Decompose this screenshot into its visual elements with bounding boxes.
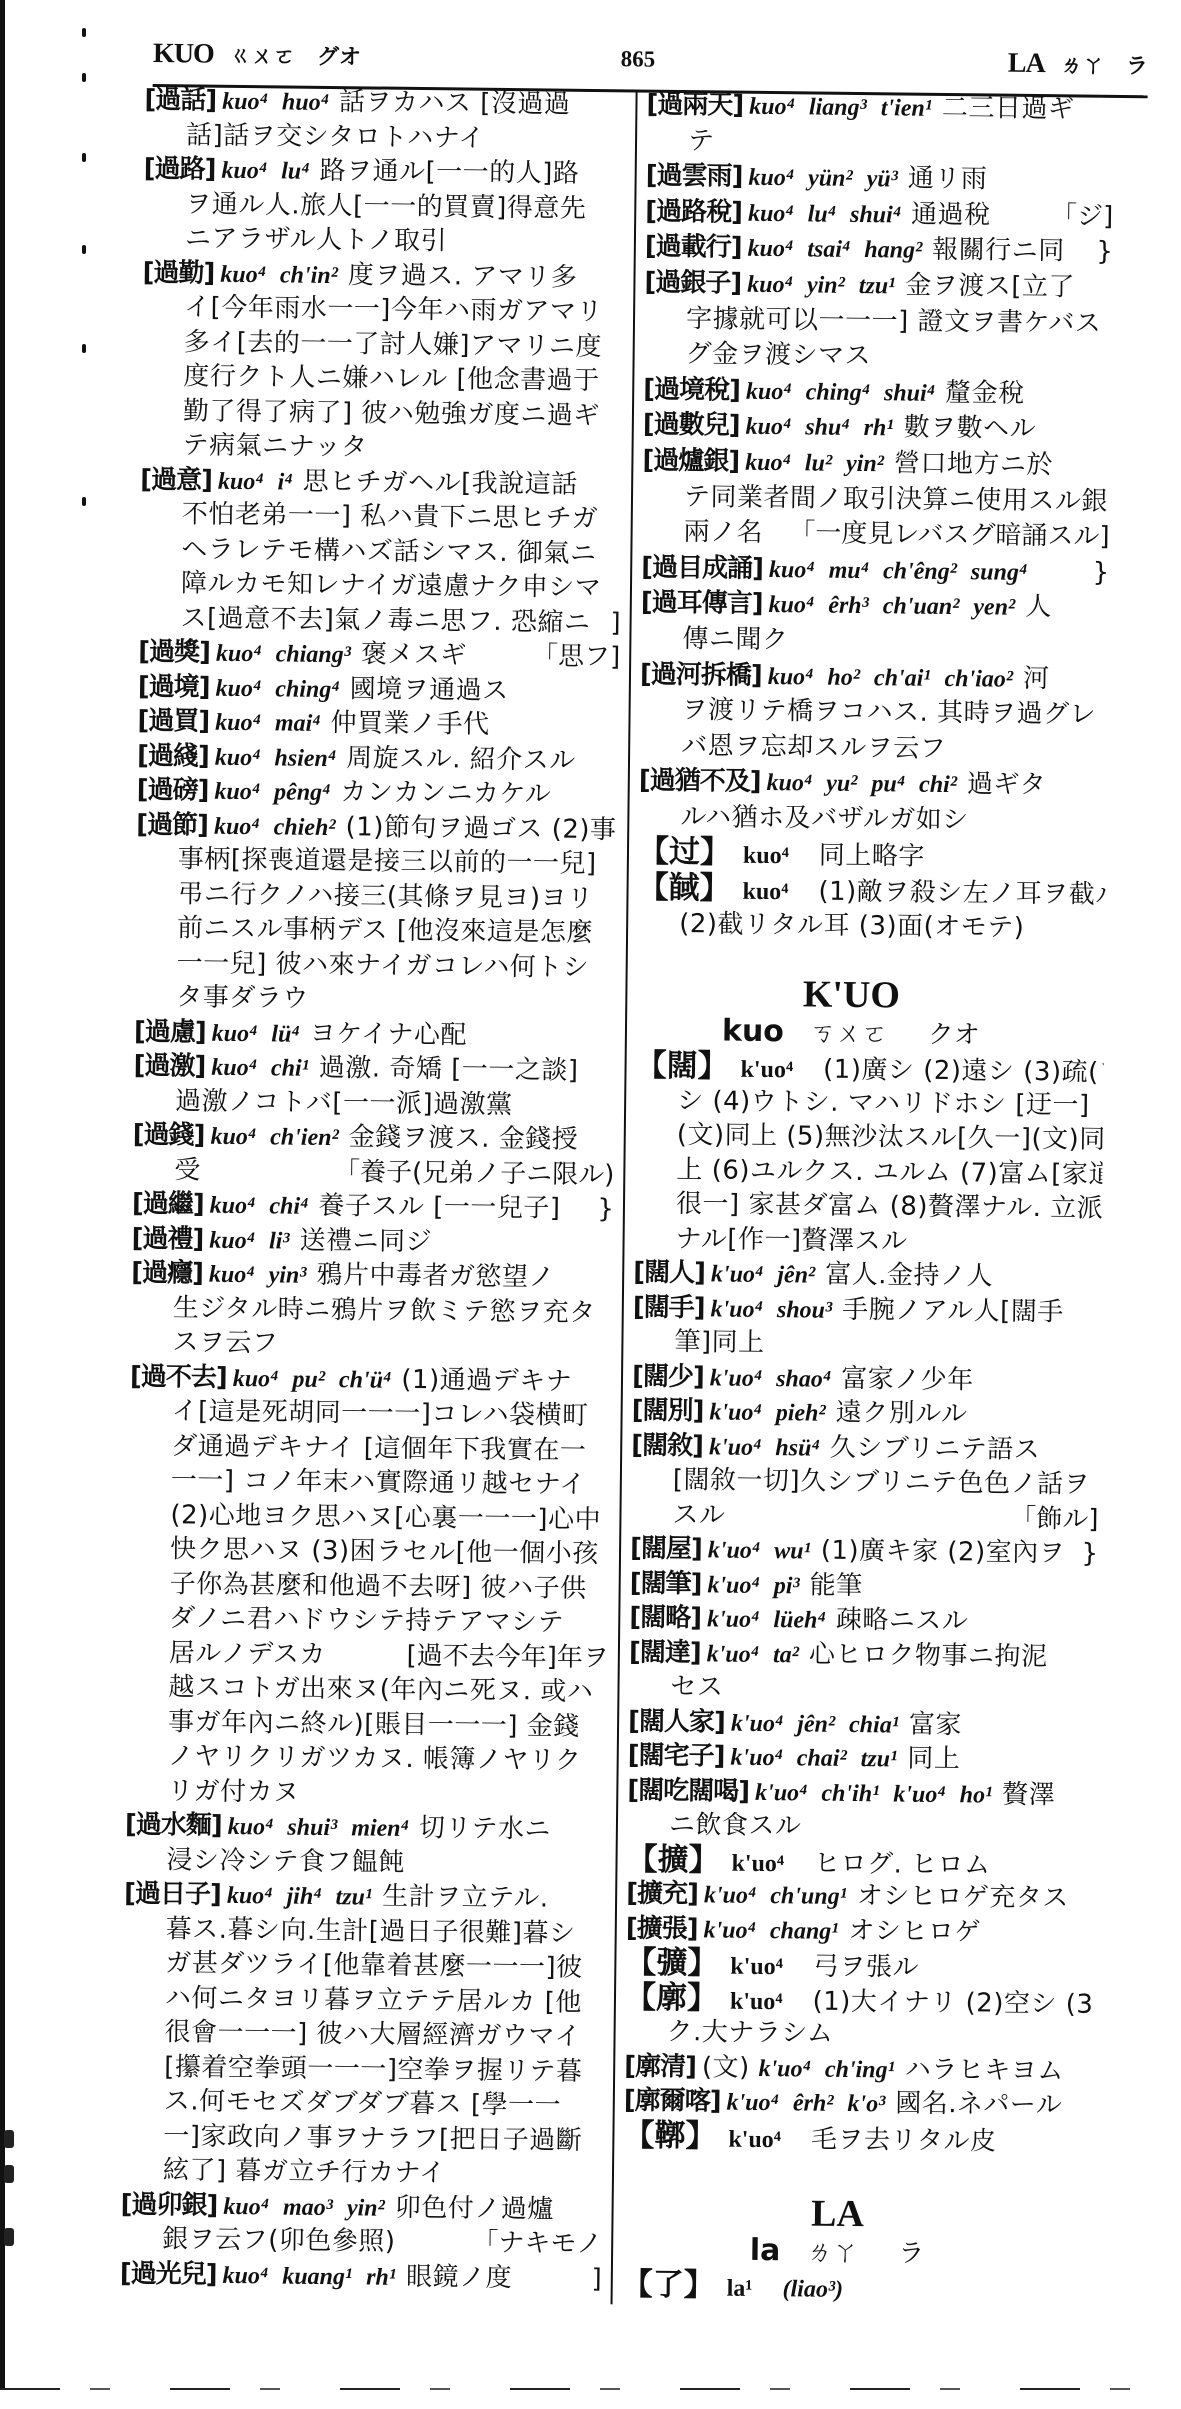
entry-line: [過爐銀]kuo⁴ lu² yin²營口地方ニ於 <box>642 443 1110 484</box>
definition-text: 卯色付ノ過爐 <box>395 2192 554 2224</box>
definition-text: 度ヲ過ス. アマリ多 <box>348 260 578 293</box>
compound-headword: [闊別] <box>631 1395 703 1426</box>
romanization: k'uo⁴ lüeh⁴ <box>707 1606 826 1633</box>
overflow-note: } <box>1092 555 1109 591</box>
romanization: kuo⁴ chiang³ <box>216 641 351 669</box>
romanization: kuo⁴ shui³ mien⁴ <box>228 1814 410 1842</box>
definition-text: ク.大ナラシム <box>666 2017 833 2049</box>
entry-line: [闊別]k'uo⁴ pieh²遠ク別ルル <box>631 1393 1099 1433</box>
overflow-note: ] <box>591 2262 602 2297</box>
continuation-line: 事柄[探喪道還是接三以前的一一兒] <box>136 842 618 882</box>
definition-text: 生ジタル時ニ鴉片ヲ飲ミテ慾ヲ充タ <box>173 1293 596 1328</box>
definition-text: (2)心地ヨク思ハヌ[心裏一一一]心中 <box>170 1500 601 1535</box>
romanization: k'uo⁴ wu¹ <box>708 1537 811 1564</box>
continuation-line: ヲ渡リテ橋ヲコハス. 其時ヲ過グレ <box>639 693 1107 734</box>
entry-line: [過猶不及]kuo⁴ yu² pu⁴ chi²過ギタ <box>639 764 1107 805</box>
definition-text: イ[這是死胡同一一一]コレハ袋横町 <box>171 1396 588 1431</box>
overflow-note: 「ナキモノ <box>472 2226 602 2262</box>
definition-text: 通リ雨 <box>908 164 988 195</box>
compound-headword: [闊敘] <box>631 1430 703 1461</box>
definition-text: ニアラザル人トノ取引 <box>185 223 447 256</box>
continuation-line: 越スコトガ出來ヌ(年內ニ死ヌ. 或ハ <box>126 1670 608 1710</box>
running-head-romanization: LA <box>1008 48 1045 79</box>
bopomofo: ㄌㄚ <box>806 2238 858 2269</box>
definition-text: オシヒロゲ充タス <box>857 1881 1069 1913</box>
romanization: kuo⁴ tsai⁴ hang² <box>747 236 922 264</box>
definition-text: カンカンニカケル <box>340 777 551 809</box>
entry-line: [過境稅]kuo⁴ ching⁴ shui⁴釐金稅 <box>643 372 1111 413</box>
continuation-line: 事ガ年內ニ終ル)[賬目一一一] 金錢 <box>126 1704 608 1744</box>
definition-text: グ金ヲ渡シマス <box>685 339 871 371</box>
entry-line: 【鞹】k'uo⁴毛ヲ去リタル皮 <box>623 2118 1091 2158</box>
character-romanization: k'uo⁴ <box>730 1988 783 2015</box>
entry-line: [闊少]k'uo⁴ shao⁴富家ノ少年 <box>632 1359 1100 1399</box>
definition-text: [闊敘一切]久シブリニテ色色ノ話ヲ <box>673 1465 1091 1500</box>
continuation-line: [過不去今年]年ヲ居ルノデスカ <box>127 1635 609 1675</box>
definition-text: ダノニ君ハドウシテ持テアマシテ <box>169 1603 564 1637</box>
romanization: k'uo⁴ êrh² k'o³ <box>726 2090 885 2118</box>
section-title-text: K'UO <box>803 974 901 1017</box>
romanization: kuo⁴ ch'ien² <box>210 1124 339 1151</box>
compound-headword: [廓爾喀] <box>624 2085 721 2116</box>
definition-text: テ病氣ニナッタ <box>182 430 367 462</box>
compound-headword: [闊吃闊喝] <box>627 1775 749 1806</box>
definition-text: 絃了] 暮ガ立チ行カナイ <box>163 2155 446 2188</box>
continuation-line: 「飾ル]スル <box>630 1497 1098 1537</box>
continuation-line: [攥着空拳頭一一一]空拳ヲ握リテ暮 <box>122 2049 604 2089</box>
definition-text: ハラヒキヨム <box>905 2054 1064 2086</box>
overflow-note: 「飾ル] <box>1010 1501 1099 1536</box>
definition-text: 銀ヲ云フ(卯色參照) <box>162 2224 396 2257</box>
definition-text: 前ニスル事柄デス [他沒來這是怎麼 <box>177 913 593 948</box>
entry-line: [過境]kuo⁴ ching⁴國境ヲ通過ス <box>138 669 620 709</box>
definition-text: ヨケイナ心配 <box>310 1018 468 1050</box>
romanization: k'uo⁴ chang¹ <box>703 1917 838 1945</box>
compound-headword: [闊少] <box>632 1361 704 1392</box>
definition-text: (1)廣キ家 (2)室內ヲ <box>821 1536 1066 1569</box>
continuation-line: グ金ヲ渡シマス <box>643 337 1111 378</box>
romanization: kuo⁴ ching⁴ shui⁴ <box>746 378 935 406</box>
page-number: 865 <box>608 44 668 75</box>
entry-line: 「思フ][過獎]kuo⁴ chiang³褒メスギ <box>138 635 620 675</box>
entry-line: [過綫]kuo⁴ hsien⁴周旋スル. 紹介スル <box>137 738 619 778</box>
compound-headword: [闊人] <box>633 1257 705 1288</box>
romanization: kuo⁴ mai⁴ <box>215 710 321 737</box>
compound-headword: [過勤] <box>142 257 214 288</box>
definition-text: テ <box>688 126 715 156</box>
definition-text: 報關行ニ同 <box>932 235 1065 267</box>
continuation-line: ニアラザル人トノ取引 <box>143 221 625 261</box>
romanization: kuo⁴ mu⁴ ch'êng² sung⁴ <box>769 557 1028 586</box>
running-head-kana: ラ <box>1126 54 1148 79</box>
compound-headword: [過激] <box>133 1051 205 1082</box>
definition-text: ルハ猶ホ及バザルガ如シ <box>680 802 969 835</box>
romanization: kuo⁴ lu⁴ shui⁴ <box>748 201 901 229</box>
definition-text: イ[今年雨水一一]今年ハ雨ガアマリ <box>184 292 603 327</box>
running-head-right: LA ㄌㄚ ラ <box>1008 49 1148 81</box>
definition-text: 數ヲ數ヘル <box>903 413 1036 445</box>
running-head-romanization: KUO <box>153 38 214 70</box>
continuation-line: イ[這是死胡同一一一]コレハ袋横町 <box>129 1394 611 1434</box>
entry-line: [過節]kuo⁴ chieh²(1)節句ヲ過ゴス (2)事. <box>136 807 618 847</box>
compound-headword: [過慮] <box>134 1016 206 1047</box>
compound-headword: [過禮] <box>131 1223 203 1254</box>
overflow-note: 「一度見レバスグ暗誦スル] <box>789 516 1110 555</box>
compound-headword: [闊略] <box>629 1602 701 1633</box>
definition-text: ノヤリクリガツカヌ. 帳簿ノヤリク <box>168 1741 582 1776</box>
romanization: kuo⁴ hsien⁴ <box>215 744 337 771</box>
entry-line: [擴張]k'uo⁴ chang¹オシヒロゲ <box>626 1911 1094 1951</box>
continuation-line: 「一度見レバスグ暗誦スル]兩ノ名 <box>641 515 1109 556</box>
character-romanization: kuo <box>722 1013 784 1049</box>
definition-text: (文)同上 (5)無沙汰スル[久一](文)同 <box>677 1120 1103 1155</box>
entry-line: [過勤]kuo⁴ ch'in²度ヲ過ス. アマリ多 <box>142 255 624 295</box>
entry-line: [過買]kuo⁴ mai⁴仲買業ノ手代 <box>137 704 619 744</box>
continuation-line: 話]話ヲ交シタロトハナイ <box>144 117 626 157</box>
definition-text: 一]家政向ノ事ヲナラフ[把日子過斷 <box>163 2121 582 2156</box>
continuation-line: ハ何ニタヨリ暮ヲ立テテ居ルカ [他 <box>123 1980 605 2020</box>
entry-line: 「ジ][過路稅]kuo⁴ lu⁴ shui⁴通過稅 <box>645 194 1113 235</box>
section-subtitle: laㄌㄚラ <box>622 2231 1090 2272</box>
definition-text: 度行クト人ニ嫌ハレル [他念書過于 <box>183 361 600 396</box>
running-head-left: KUO ㄍㄨㄛ グオ <box>153 39 361 71</box>
definition-text: 子你為甚麼和他過不去呀] 彼ハ子供 <box>169 1569 586 1604</box>
romanization: k'uo⁴ pieh² <box>709 1399 826 1426</box>
romanization: kuo⁴ huo⁴ <box>222 89 329 116</box>
entry-line: [過錢]kuo⁴ ch'ien²金錢ヲ渡ス. 金錢授 <box>133 1118 615 1158</box>
entry-line: [過河拆橋]kuo⁴ ho² ch'ai¹ ch'iao²河 <box>640 657 1108 698</box>
entry-line: 【过】kuo⁴同上略字 <box>638 835 1106 876</box>
entry-line: [過耳傳言]kuo⁴ êrh³ ch'uan² yen²人 <box>641 586 1109 627</box>
romanization: k'uo⁴ ch'ung¹ <box>704 1882 847 1910</box>
character-headword: 【过】 <box>638 835 731 871</box>
definition-text: 居ルノデスカ <box>169 1638 326 1670</box>
compound-headword: [過磅] <box>136 775 208 806</box>
definition-text: 養子スル [一一兒子] <box>318 1191 560 1224</box>
continuation-line: (2)截リタル耳 (3)面(オモテ) <box>637 906 1105 947</box>
definition-text: ヘラレテモ構ハズ話シマス. 御氣ニ <box>181 534 596 569</box>
entry-line: [過兩天]kuo⁴ liang³ t'ien¹二三日過ギ <box>646 88 1114 129</box>
running-head-kana: グオ <box>317 45 361 70</box>
definition-text: (1)廣シ (2)遠シ (3)疏(アラ) <box>823 1055 1104 1089</box>
romanization: k'uo⁴ pi³ <box>707 1572 800 1599</box>
entry-line: 【闊】k'uo⁴(1)廣シ (2)遠シ (3)疏(アラ) <box>635 1049 1103 1089</box>
definition-text: 不怕老弟一一] 私ハ貴下ニ思ヒチガ <box>182 499 599 534</box>
definition-text: 上 (6)ユルクス. ユルム (7)富ム[家道 <box>676 1154 1102 1189</box>
definition-text: (1)通過デキナ <box>401 1364 572 1396</box>
entry-line: [過激]kuo⁴ chi¹過激. 奇矯 [一一之談] <box>133 1049 615 1089</box>
continuation-line: 前ニスル事柄デス [他沒來這是怎麼 <box>135 911 617 951</box>
compound-headword: [過買] <box>137 706 209 737</box>
right-column-section-la: LAlaㄌㄚラ【了】la¹(liao³) <box>622 2192 1091 2307</box>
continuation-line: 過激ノコトバ[一一派]過激黨 <box>133 1083 615 1123</box>
entry-line: [闊手]k'uo⁴ shou³手腕ノアル人[闊手 <box>633 1290 1101 1330</box>
section-subtitle: kuoㄎㄨㄛクオ <box>636 1013 1104 1054</box>
definition-text: リガ付カヌ <box>167 1776 300 1807</box>
romanization: kuo⁴ chieh² <box>214 813 336 840</box>
overflow-note: ] <box>610 606 621 641</box>
entry-line: }[過載行]kuo⁴ tsai⁴ hang²報關行ニ同 <box>645 230 1113 271</box>
compound-headword: [過意] <box>140 464 212 495</box>
character-romanization: la¹ <box>727 2276 753 2302</box>
entry-line: [過日子]kuo⁴ jih⁴ tzu¹生計ヲ立テル. <box>124 1877 606 1917</box>
compound-headword: [過境稅] <box>643 374 740 405</box>
definition-text: ヒログ. ヒロム <box>814 1848 991 1880</box>
romanization: kuo⁴ lu⁴ <box>221 158 309 185</box>
entry-line: [過癮]kuo⁴ yin³鴉片中毒者ガ慾望ノ <box>131 1256 613 1296</box>
definition-text: 通過稅 <box>911 199 991 230</box>
definition-text: 障ルカモ知レナイガ遠慮ナク申シマ <box>181 568 602 603</box>
continuation-line: 「養子(兄弟ノ子ニ限ル)受 <box>132 1152 614 1192</box>
entry-line: [過意]kuo⁴ i⁴思ヒチガヘル[我說這話 <box>140 462 622 502</box>
compound-headword: [闊達] <box>629 1637 701 1668</box>
entry-line: 【彍】k'uo⁴弓ヲ張ル <box>625 1945 1093 1985</box>
definition-text: 釐金稅 <box>945 378 1025 409</box>
definition-text: 暮ス.暮シ向.生計[過日子很難]暮シ <box>166 1914 576 1949</box>
definition-text: 過激ノコトバ[一一派]過激黨 <box>175 1086 513 1120</box>
compound-headword: [過耳傳言] <box>641 588 763 619</box>
definition-text: ガ甚ダツライ[他靠着甚麼一一一]彼 <box>165 1948 583 1983</box>
definition-text: 同上略字 <box>819 841 925 872</box>
continuation-line: スヲ云フ <box>130 1325 612 1365</box>
continuation-line: 障ルカモ知レナイガ遠慮ナク申シマ <box>139 566 621 606</box>
romanization: kuo⁴ yin² tzu¹ <box>747 272 895 300</box>
entry-line: 【馘】kuo⁴(1)敵ヲ殺シ左ノ耳ヲ截ル <box>637 871 1105 912</box>
continuation-line: 暮ス.暮シ向.生計[過日子很難]暮シ <box>124 1911 606 1951</box>
definition-text: 富人.金持ノ人 <box>825 1260 993 1292</box>
definition-text: 送禮ニ同ジ <box>299 1225 432 1257</box>
romanization: kuo⁴ chi¹ <box>211 1055 309 1082</box>
bopomofo: ㄎㄨㄛ <box>810 1018 888 1049</box>
definition-text: 路ヲ通ル[一一的人]路 <box>319 156 579 189</box>
romanization: k'uo⁴ ch'ih¹ k'uo⁴ ho¹ <box>755 1779 992 1808</box>
entry-line: 【了】la¹(liao³) <box>622 2267 1090 2307</box>
definition-text: 仲買業ノ手代 <box>330 708 489 740</box>
continuation-line: リガ付カヌ <box>125 1773 607 1813</box>
definition-text: (1)大イナリ (2)空シ (3)開 <box>812 1986 1093 2020</box>
definition-text: シ (4)ウトシ. マハリドホシ [迂一] <box>677 1085 1090 1120</box>
entry-line: [廓清](文) k'uo⁴ ch'ing¹ハラヒキヨム <box>624 2049 1092 2089</box>
entry-line: [闊敘]k'uo⁴ hsü⁴久シブリニテ語ス <box>631 1428 1099 1468</box>
definition-text: 過ギタ <box>967 770 1047 801</box>
entry-line: 【廓】k'uo⁴(1)大イナリ (2)空シ (3)開 <box>625 1980 1093 2020</box>
kana: ラ <box>898 2239 924 2269</box>
compound-headword: [過光兒] <box>120 2258 217 2289</box>
continuation-line: 上 (6)ユルクス. ユルム (7)富ム[家道 <box>634 1152 1102 1192</box>
definition-text: 字據就可以一一一] 證文ヲ書ケバス <box>686 304 1102 339</box>
definition-text: スル <box>672 1499 725 1530</box>
continuation-line: 勤了得了病了] 彼ハ勉強ガ度ニ過ギ <box>141 393 623 433</box>
romanization: kuo⁴ liang³ t'ien¹ <box>749 94 932 122</box>
character-romanization: k'uo⁴ <box>740 1057 793 1084</box>
definition-text: 遠ク別ルル <box>835 1398 967 1429</box>
definition-text: テ同業者間ノ取引決算ニ使用スル銀 <box>684 482 1108 517</box>
definition-text: 切リテ水ニ <box>419 1813 551 1844</box>
compound-headword: [廓清] <box>624 2051 696 2082</box>
section-title: LA <box>622 2192 1090 2236</box>
romanization: kuo⁴ pêng⁴ <box>214 779 330 806</box>
character-headword: 【馘】 <box>637 871 730 907</box>
compound-headword: [闊人家] <box>628 1706 725 1737</box>
entry-line: }[過繼]kuo⁴ chi⁴養子スル [一一兒子] <box>132 1187 614 1227</box>
compound-headword: [過猶不及] <box>639 766 761 797</box>
continuation-line: 浸シ冷シテ食フ饂飩 <box>124 1842 606 1882</box>
romanization: kuo⁴ ch'in² <box>220 261 338 288</box>
definition-text: 生計ヲ立テル. <box>382 1882 549 1914</box>
continuation-line: 弔ニ行クノハ接三(其條ヲ見ヨ)ヨリ <box>135 876 617 916</box>
continuation-line: ノヤリクリガツカヌ. 帳簿ノヤリク <box>126 1739 608 1779</box>
definition-text: 金ヲ渡ス[立了 <box>905 270 1075 302</box>
compound-headword: [闊屋] <box>630 1533 702 1564</box>
definition-text: 很一] 家甚ダ富ム (8)贅澤ナル. 立派 <box>676 1189 1102 1224</box>
definition-text: スヲ云フ <box>172 1327 278 1358</box>
compound-headword: [過數兒] <box>643 410 740 441</box>
romanization: kuo⁴ yin³ <box>209 1262 307 1289</box>
entry-line: [過不去]kuo⁴ pu² ch'ü⁴(1)通過デキナ <box>130 1359 612 1399</box>
definition-text: 二三日過ギ <box>942 93 1075 125</box>
compound-headword: [過銀子] <box>644 268 741 299</box>
entry-line: [過路]kuo⁴ lu⁴路ヲ通ル[一一的人]路 <box>144 152 626 192</box>
entry-line: [過數兒]kuo⁴ shu⁴ rh¹數ヲ數ヘル <box>643 408 1111 449</box>
character-headword: 【彍】 <box>625 1945 718 1981</box>
romanization: kuo⁴ shu⁴ rh¹ <box>745 414 893 442</box>
definition-text: 一一] コノ年末ハ實際通リ越セナイ <box>171 1465 586 1500</box>
definition-text: 褒メスギ <box>361 639 467 670</box>
entry-line: [闊宅子]k'uo⁴ chai² tzu¹同上 <box>628 1738 1096 1778</box>
entry-line: [廓爾喀]k'uo⁴ êrh² k'o³國名.ネパール <box>624 2083 1092 2123</box>
entry-line: [闊人]k'uo⁴ jên²富人.金持ノ人 <box>633 1255 1101 1295</box>
continuation-line: [闊敘一切]久シブリニテ色色ノ話ヲ <box>631 1462 1099 1502</box>
compound-headword: [過兩天] <box>646 90 743 121</box>
definition-text: 過激. 奇矯 [一一之談] <box>319 1053 579 1086</box>
compound-headword: [過不去] <box>130 1361 227 1392</box>
continuation-line: ダ通過デキナイ [這個年下我實在一 <box>129 1428 611 1468</box>
continuation-line: テ病氣ニナッタ <box>140 428 622 468</box>
entry-line: [闊達]k'uo⁴ ta²心ヒロク物事ニ拘泥 <box>629 1635 1097 1675</box>
compound-headword: [過路稅] <box>645 196 742 227</box>
continuation-line: 絃了] 暮ガ立チ行カナイ <box>121 2153 603 2193</box>
definition-text: ヲ通ル人.旅人[一一的買賣]得意先 <box>185 189 586 224</box>
continuation-line: ルハ猶ホ及バザルガ如シ <box>638 799 1106 840</box>
romanization: kuo⁴ kuang¹ rh¹ <box>222 2262 396 2290</box>
definition-text: 同上 <box>907 1744 960 1775</box>
character-romanization: k'uo⁴ <box>731 1850 784 1877</box>
definition-text: 鴉片中毒者ガ慾望ノ <box>316 1260 555 1293</box>
entry-line: [闊吃闊喝]k'uo⁴ ch'ih¹ k'uo⁴ ho¹贅澤 <box>627 1773 1095 1813</box>
definition-text: 很會一一一] 彼ハ大層經濟ガウマイ <box>164 2017 581 2052</box>
continuation-line: (文)同上 (5)無沙汰スル[久一](文)同 <box>635 1118 1103 1158</box>
romanization: k'uo⁴ jên² <box>711 1261 816 1288</box>
definition-text: (1)節句ヲ過ゴス (2)事. <box>345 812 618 845</box>
definition-text: 久シブリニテ語ス <box>830 1432 1041 1464</box>
definition-text: (文) <box>702 2052 759 2083</box>
definition-text: ス[過意不去]氣ノ毒ニ思フ. 恐縮ニ <box>180 603 590 638</box>
character-headword: 【闊】 <box>635 1049 728 1085</box>
romanization: kuo⁴ pu² ch'ü⁴ <box>233 1365 392 1393</box>
romanization: kuo⁴ li³ <box>209 1227 290 1254</box>
definition-text: 多イ[去的一一了討人嫌]アマリニ度 <box>184 327 603 362</box>
definition-text: 能筆 <box>810 1570 863 1601</box>
compound-headword: [過目成誦] <box>641 552 763 583</box>
romanization: k'uo⁴ shao⁴ <box>710 1365 832 1392</box>
compound-headword: [闊宅子] <box>628 1740 725 1771</box>
continuation-line: ナル[作一]贅澤スル <box>633 1221 1101 1261</box>
dictionary-page: KUO ㄍㄨㄛ グオ 865 LA ㄌㄚ ラ [過話]kuo⁴ huo⁴話ヲカハ… <box>0 0 1181 2409</box>
definition-text: 毛ヲ去リタル皮 <box>811 2124 997 2156</box>
definition-text: 思ヒチガヘル[我說這話 <box>302 466 577 499</box>
definition-text: 金錢ヲ渡ス. 金錢授 <box>349 1122 579 1155</box>
definition-text: 話ヲカハス [沒過過 <box>339 87 571 120</box>
running-head-bopomofo: ㄌㄚ <box>1060 53 1104 78</box>
definition-text: オシヒロゲ <box>848 1915 981 1947</box>
romanization: kuo⁴ mao³ yin² <box>223 2193 385 2221</box>
continuation-line: 「ナキモノ銀ヲ云フ(卯色參照) <box>120 2222 602 2262</box>
definition-text: 筆]同上 <box>674 1327 764 1358</box>
continuation-line: 子你為甚麼和他過不去呀] 彼ハ子供 <box>127 1566 609 1606</box>
definition-text: 話]話ヲ交シタロトハナイ <box>186 120 485 153</box>
entry-line: [過慮]kuo⁴ lü⁴ヨケイナ心配 <box>134 1014 616 1054</box>
character-headword: 【了】 <box>622 2267 715 2303</box>
overflow-note: } <box>597 1192 614 1227</box>
continuation-line: ダノニ君ハドウシテ持テアマシテ <box>127 1601 609 1641</box>
definition-text: セス <box>670 1672 723 1703</box>
romanization: k'uo⁴ ch'ing¹ <box>758 2055 895 2083</box>
romanization: k'uo⁴ chai² tzu¹ <box>730 1745 897 1773</box>
compound-headword: [過綫] <box>137 740 209 771</box>
definition-text: (2)截リタル耳 (3)面(オモテ) <box>679 909 1025 943</box>
compound-headword: [過錢] <box>133 1120 205 1151</box>
definition-text: 越スコトガ出來ヌ(年內ニ死ヌ. 或ハ <box>168 1672 593 1707</box>
continuation-line: 筆]同上 <box>632 1324 1100 1364</box>
continuation-line: 傳ニ聞ク <box>640 621 1108 662</box>
definition-text: ス.何モセズダブダブ暮ス [學一一 <box>164 2086 562 2121</box>
compound-headword: [擴張] <box>626 1913 698 1944</box>
left-column: [過話]kuo⁴ huo⁴話ヲカハス [沒過過話]話ヲ交シタロトハナイ[過路]k… <box>120 83 627 2296</box>
definition-text: ハ何ニタヨリ暮ヲ立テテ居ルカ [他 <box>165 1983 582 2018</box>
continuation-line: 很一] 家甚ダ富ム (8)贅澤ナル. 立派 <box>634 1187 1102 1227</box>
continuation-line: セス <box>628 1669 1096 1709</box>
overflow-note: 「ジ] <box>1051 199 1114 235</box>
overflow-note: 「思フ] <box>532 639 621 674</box>
continuation-line: シ (4)ウトシ. マハリドホシ [迂一] <box>635 1083 1103 1123</box>
compound-headword: [過繼] <box>132 1189 204 1220</box>
continuation-line: テ同業者間ノ取引決算ニ使用スル銀 <box>642 479 1110 520</box>
definition-text: 富家 <box>909 1709 962 1740</box>
definition-text: ダ通過デキナイ [這個年下我實在一 <box>171 1431 586 1466</box>
kana: クオ <box>928 1020 980 1051</box>
continuation-line: イ[今年雨水一一]今年ハ雨ガアマリ <box>142 290 624 330</box>
continuation-line: ガ甚ダツライ[他靠着甚麼一一一]彼 <box>123 1946 605 1986</box>
entry-line: [過磅]kuo⁴ pêng⁴カンカンニカケル <box>136 773 618 813</box>
definition-text: 快ク思ハヌ (3)困ラセル[他一個小孩 <box>170 1534 599 1569</box>
definition-text: 傳ニ聞ク <box>682 624 788 655</box>
entry-line: [過銀子]kuo⁴ yin² tzu¹金ヲ渡ス[立了 <box>644 266 1112 307</box>
running-head-bopomofo: ㄍㄨㄛ <box>229 44 295 70</box>
continuation-line: バ恩ヲ忘却スルヲ云フ <box>639 728 1107 769</box>
continuation-line: ス.何モセズダブダブ暮ス [學一一 <box>122 2084 604 2124</box>
romanization: k'uo⁴ jên² chia¹ <box>731 1710 899 1738</box>
continuation-line: 生ジタル時ニ鴉片ヲ飲ミテ慾ヲ充タ <box>131 1290 613 1330</box>
character-romanization: la <box>750 2233 781 2268</box>
romanization: kuo⁴ yün² yü³ <box>748 165 898 193</box>
definition-text: 浸シ冷シテ食フ饂飩 <box>166 1845 405 1878</box>
definition-text: 贅澤 <box>1002 1779 1055 1810</box>
continuation-line: 多イ[去的一一了討人嫌]アマリニ度 <box>142 324 624 364</box>
compound-headword: [過雲雨] <box>645 161 742 192</box>
definition-text: バ恩ヲ忘却スルヲ云フ <box>681 731 946 764</box>
definition-text: 眼鏡ノ度 <box>406 2261 512 2292</box>
entry-line: [過禮]kuo⁴ li³送禮ニ同ジ <box>131 1221 613 1261</box>
